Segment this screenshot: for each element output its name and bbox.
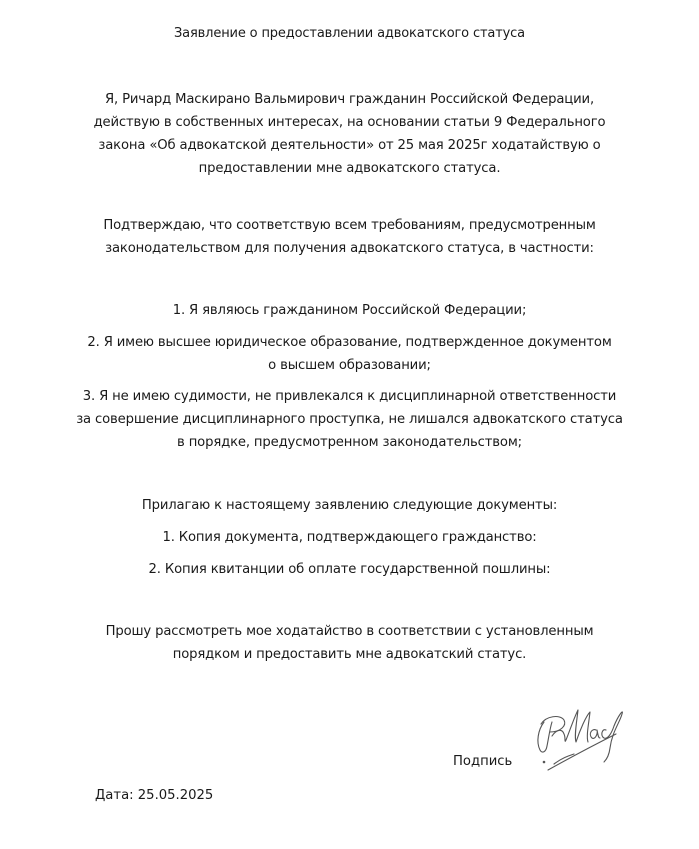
confirmation-line: Подтверждаю, что соответствую всем требо… — [0, 214, 699, 237]
requirement-item-2-cont: о высшем образовании; — [0, 354, 699, 377]
handwritten-signature-icon — [530, 700, 630, 772]
signature-label: Подпись — [453, 750, 512, 773]
intro-line: предоставлении мне адвокатского статуса. — [0, 157, 699, 180]
intro-line: действую в собственных интересах, на осн… — [0, 111, 699, 134]
document-title: Заявление о предоставлении адвокатского … — [0, 22, 699, 45]
requirement-item-1: 1. Я являюсь гражданином Российской Феде… — [0, 299, 699, 322]
requirement-item-3-cont: за совершение дисциплинарного проступка,… — [0, 408, 699, 431]
request-line: порядком и предоставить мне адвокатский … — [0, 643, 699, 666]
date-label: Дата: 25.05.2025 — [95, 784, 213, 807]
requirement-item-2: 2. Я имею высшее юридическое образование… — [0, 331, 699, 354]
attachment-item-2: 2. Копия квитанции об оплате государстве… — [0, 558, 699, 581]
request-line: Прошу рассмотреть мое ходатайство в соот… — [0, 620, 699, 643]
requirement-item-3-cont: в порядке, предусмотренном законодательс… — [0, 431, 699, 454]
attachment-item-1: 1. Копия документа, подтверждающего граж… — [0, 526, 699, 549]
intro-line: закона «Об адвокатской деятельности» от … — [0, 134, 699, 157]
attachments-intro: Прилагаю к настоящему заявлению следующи… — [0, 494, 699, 517]
confirmation-line: законодательством для получения адвокатс… — [0, 237, 699, 260]
requirement-item-3: 3. Я не имею судимости, не привлекался к… — [0, 385, 699, 408]
intro-line: Я, Ричард Маскирано Вальмирович граждани… — [0, 88, 699, 111]
